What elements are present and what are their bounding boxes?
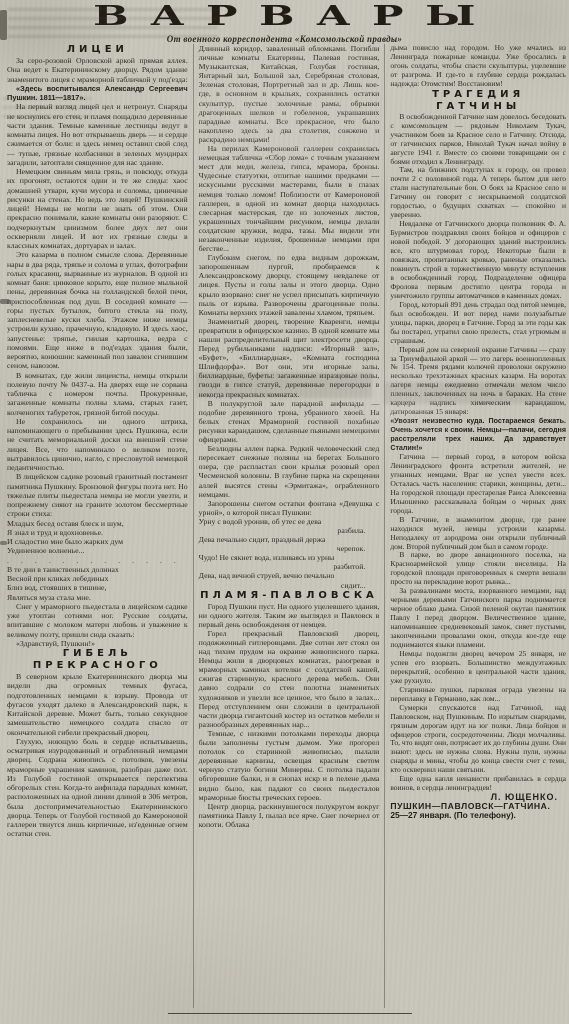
paragraph: Длинный коридор, заваленный обломками. П… [199, 44, 380, 144]
masthead: ВАРВАРЫ От военного корреспондента «Комс… [0, 0, 569, 44]
poem-line: В те дни в таинственных долинах [7, 565, 188, 574]
paragraph: В комнатах, где жили лицеисты, немцы отк… [7, 371, 188, 417]
section-heading-plamya-pavlovska: ПЛАМЯ-ПАВЛОВСКА [199, 590, 380, 602]
poem-line: разбитой. [199, 562, 380, 571]
poem-line: черепок. [199, 544, 380, 553]
paragraph: В освобожденной Гатчине нам довелось бес… [390, 113, 566, 167]
paragraph: В лицейском садике розовый гранитный пос… [7, 472, 188, 518]
paragraph: Знаменитый дворец, творение Кваренги, не… [199, 317, 380, 399]
column-3: дыма повисло над городом. Но уже мчались… [385, 44, 566, 1008]
poem-line: разбила. [199, 526, 380, 535]
paragraph: Немецким свиньям мила грязь, и повсюду, … [7, 167, 188, 250]
paragraph: дыма повисло над городом. Но уже мчались… [390, 44, 566, 89]
scan-edge-mark [0, 541, 7, 545]
ellipsis-separator: . . . . . . . . . . . . . [7, 556, 188, 565]
memorial-plaque-text: «Здесь воспитывался Александр Сергеевич … [7, 84, 188, 103]
paragraph: В полукруглой зале парадной анфилады — п… [199, 399, 380, 444]
paragraph: Первый дом на северной окраине Гатчины —… [390, 346, 566, 418]
paragraph: В Гатчине, в знаменитом дворце, где ране… [390, 516, 566, 552]
poem-line: Младых бесед оставя блеск и шум, [7, 519, 188, 528]
paragraph: Горел прекрасный Павловский дворец, подо… [199, 629, 380, 729]
article-subtitle: От военного корреспондента «Комсомольско… [0, 34, 569, 44]
paragraph: Центр дворца, раскинувшегося полукругом … [199, 802, 380, 829]
article-title: ВАРВАРЫ [72, 1, 498, 32]
poem-line: И сладостно мне было жарких дум [7, 537, 188, 546]
paragraph: За развалинами моста, взорванного немцам… [390, 587, 566, 650]
section-heading-tragediya-gatchiny: ТРАГЕДИЯ ГАТЧИНЫ [390, 89, 566, 113]
paragraph: Там, на ближних подступах к городу, он п… [390, 166, 566, 220]
poem-line: Я знал и труд и вдохновенье. [7, 528, 188, 537]
paragraph: Это казарма в полном смысле слова. Дерев… [7, 250, 188, 370]
footer-rule [168, 1013, 412, 1014]
paragraph: Безлюдны аллеи парка. Редкий человечески… [199, 444, 380, 499]
paragraph: Глухую, ноющую боль в сердце испытываешь… [7, 737, 188, 839]
paragraph: Еще одна капля ненависти прибавилась в с… [390, 775, 566, 793]
newspaper-page: ВАРВАРЫ От военного корреспондента «Комс… [0, 0, 569, 1024]
poem-line: Дева, над вечной струей, вечно печально [199, 571, 380, 580]
section-heading-prekrasnogo: ПРЕКРАСНОГО [7, 660, 188, 672]
article-columns: ЛИЦЕЙЗа серо-розовой Орловской аркой пря… [7, 44, 566, 1008]
paragraph: За серо-розовой Орловской аркой прямая а… [7, 56, 188, 84]
soldiers-greeting: «Здравствуй, Пушкин!» [7, 639, 188, 648]
prisoner-inscription: «Увозят неизвестно куда. Постараемся беж… [390, 417, 566, 453]
poem-line: Урну с водой уронив, об утес ее дева [199, 517, 380, 526]
poem-line: Дева печально сидит, праздный держа [199, 535, 380, 544]
poem-line: Являться муза стала мне. [7, 593, 188, 602]
poem-line: Чудо! Не сякнет вода, изливаясь из урны [199, 553, 380, 562]
paragraph: В парке, во дворе авиационного поселка, … [390, 551, 566, 587]
poem-line: Весной при кликах лебединых [7, 574, 188, 583]
paragraph: Город Пушкин пуст. Ни одного уцелевшего … [199, 602, 380, 629]
paragraph: В северном крыле Екатерининского дворца … [7, 672, 188, 737]
paragraph: Город, который 891 день страдал под пято… [390, 301, 566, 346]
paragraph: На первый взгляд лицей цел и нетронут. С… [7, 102, 188, 167]
paragraph: На перилах Камероновой галлереи сохранил… [199, 144, 380, 253]
paragraph: Немцы подожгли дворец вечером 25 января,… [390, 650, 566, 686]
paragraph: Глубоким снегом, по едва видным дорожкам… [199, 253, 380, 317]
poem-line: сидит... [199, 581, 380, 590]
poem-line: Близ вод, стоявших в тишине, [7, 583, 188, 592]
column-2: Длинный коридор, заваленный обломками. П… [194, 44, 386, 1008]
paragraph: Не сохранилось ни одного штриха, напомин… [7, 417, 188, 473]
section-heading-litsey: ЛИЦЕЙ [7, 44, 188, 56]
poem-line: Уединенное волненье... [7, 546, 188, 555]
paragraph: Старинные пушки, парковая ограда увезены… [390, 686, 566, 704]
section-heading-gibel: ГИБЕЛЬ [7, 648, 188, 660]
paragraph: Гатчина — первый город, в котором войска… [390, 453, 566, 516]
paragraph: Запорошены снегом остатки фонтана «Девуш… [199, 499, 380, 517]
paragraph: Сумерки спускаются над Гатчиной, над Пав… [390, 704, 566, 776]
paragraph: Темные, с низкими потолками переходы дво… [199, 729, 380, 802]
paragraph: Снег у мраморного пьедестала в лицейском… [7, 602, 188, 639]
column-1: ЛИЦЕЙЗа серо-розовой Орловской аркой пря… [7, 44, 194, 1008]
dateline-date: 25—27 января. (По телефону). [390, 811, 566, 820]
paragraph: Невдалеке от Гатчинского дворца полковни… [390, 220, 566, 301]
